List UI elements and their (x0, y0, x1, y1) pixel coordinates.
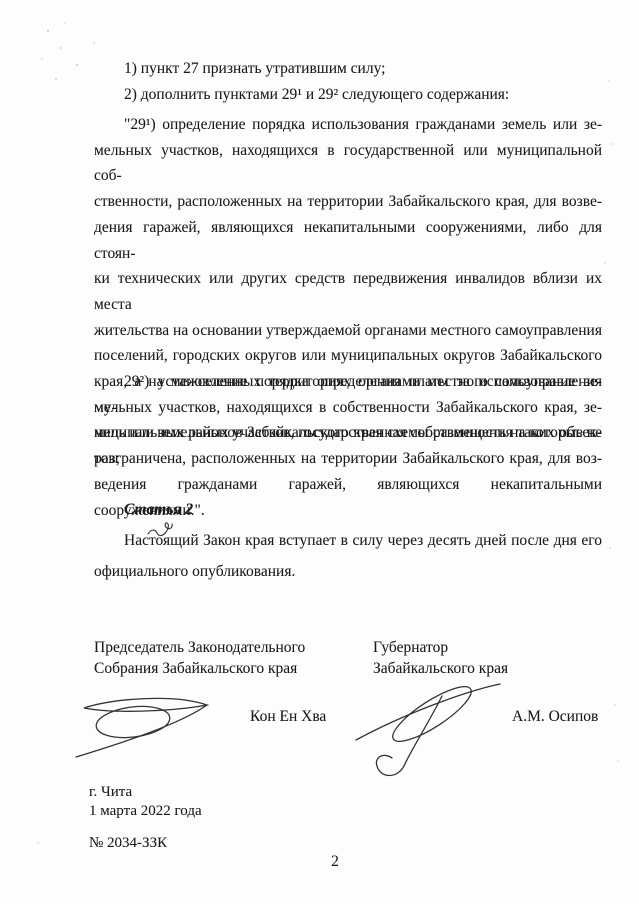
body-line: разграничена, расположенных на территори… (94, 446, 602, 472)
signatory-name-governor: А.М. Осипов (512, 707, 598, 727)
signatory-name-chairman: Кон Ен Хва (250, 707, 326, 727)
article-heading: Статья 2 (94, 501, 632, 519)
body-line: мельных участков, находящихся в собствен… (94, 395, 602, 421)
scanned-document-page: 1) пункт 27 признать утратившим силу; 2)… (0, 0, 639, 904)
page-number: 2 (94, 853, 576, 871)
body-line: мель или земельных участков, государстве… (94, 420, 602, 446)
amendment-intro-lines: 1) пункт 27 признать утратившим силу; 2)… (94, 56, 602, 108)
document-number: № 2034-ЗЗК (89, 834, 167, 852)
document-city: г. Чита (89, 783, 202, 802)
body-line: поселений, городских округов или муницип… (94, 343, 602, 369)
place-date-block: г. Чита 1 марта 2022 года (89, 783, 202, 820)
body-line: 2) дополнить пунктами 29¹ и 29² следующе… (94, 82, 602, 108)
body-line: 29²) установление порядка определения пл… (94, 369, 602, 395)
signature-governor-icon (352, 668, 502, 796)
body-line: мельных участков, находящихся в государс… (94, 138, 602, 189)
body-line: ственности, расположенных на территории … (94, 189, 602, 215)
body-line: 1) пункт 27 признать утратившим силу; (94, 56, 602, 82)
title-line: Председатель Законодательного (94, 638, 354, 659)
document-date: 1 марта 2022 года (89, 802, 202, 821)
body-line: Настоящий Закон края вступает в силу чер… (94, 526, 602, 557)
body-line: официального опубликования. (94, 557, 602, 588)
body-line: дения гаражей, являющихся некапитальными… (94, 215, 602, 266)
body-line: "29¹) определение порядка использования … (94, 112, 602, 138)
signature-chairman-icon (70, 690, 220, 765)
title-line: Губернатор (373, 638, 593, 659)
body-line: жительства на основании утверждаемой орг… (94, 318, 602, 344)
scan-noise-specks (0, 0, 2, 2)
article-2-text: Настоящий Закон края вступает в силу чер… (94, 526, 602, 587)
title-line: Собрания Забайкальского края (94, 659, 354, 680)
body-line: ки технических или других средств передв… (94, 266, 602, 317)
signatory-title-chairman: Председатель Законодательного Собрания З… (94, 638, 354, 679)
